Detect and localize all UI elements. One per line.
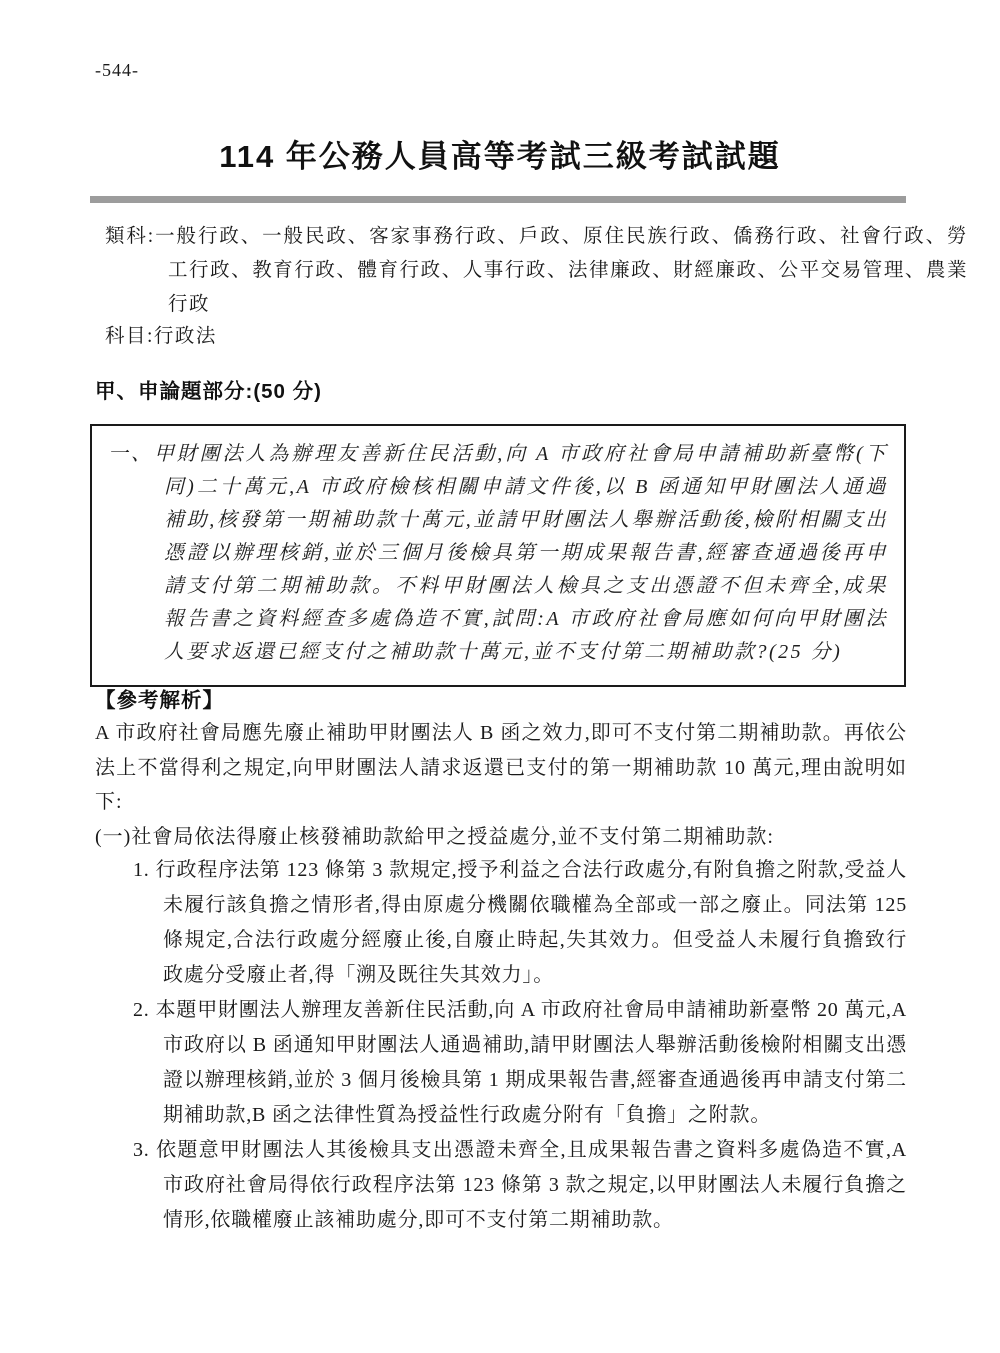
analysis-item-list: 1.行政程序法第 123 條第 3 款規定,授予利益之合法行政處分,有附負擔之附… bbox=[133, 853, 907, 1238]
analysis-item-3: 3.依題意甲財團法人其後檢具支出憑證未齊全,且成果報告書之資料多處偽造不實,A … bbox=[133, 1133, 907, 1238]
analysis-item-2-number: 2. bbox=[133, 999, 156, 1021]
analysis-item-2: 2.本題甲財團法人辦理友善新住民活動,向 A 市政府社會局申請補助新臺幣 20 … bbox=[133, 993, 907, 1133]
question-box: 一、甲財團法人為辦理友善新住民活動,向 A 市政府社會局申請補助新臺幣(下同)二… bbox=[90, 424, 906, 687]
subject-label: 科目: bbox=[105, 326, 154, 347]
title-divider-rule bbox=[90, 196, 906, 203]
essay-section-heading: 甲、申論題部分:(50 分) bbox=[95, 374, 322, 404]
category-list: 一般行政、一般民政、客家事務行政、戶政、原住民族行政、僑務行政、社會行政、勞工行… bbox=[155, 226, 968, 315]
analysis-item-3-text: 依題意甲財團法人其後檢具支出憑證未齊全,且成果報告書之資料多處偽造不實,A 市政… bbox=[156, 1139, 907, 1231]
page-number: -544- bbox=[95, 60, 139, 81]
subject-line: 科目:行政法 bbox=[105, 322, 217, 352]
exam-document-page: -544- 114 年公務人員高等考試三級考試試題 類科:一般行政、一般民政、客… bbox=[0, 0, 1000, 1353]
analysis-item-1-number: 1. bbox=[133, 859, 156, 881]
question-1-text: 甲財團法人為辦理友善新住民活動,向 A 市政府社會局申請補助新臺幣(下同)二十萬… bbox=[154, 443, 888, 663]
analysis-item-1: 1.行政程序法第 123 條第 3 款規定,授予利益之合法行政處分,有附負擔之附… bbox=[133, 853, 907, 993]
analysis-subheading: (一)社會局依法得廢止核發補助款給甲之授益處分,並不支付第二期補助款: bbox=[95, 820, 907, 854]
analysis-item-2-text: 本題甲財團法人辦理友善新住民活動,向 A 市政府社會局申請補助新臺幣 20 萬元… bbox=[156, 999, 907, 1126]
analysis-item-3-number: 3. bbox=[133, 1139, 156, 1161]
analysis-intro-paragraph: A 市政府社會局應先廢止補助甲財團法人 B 函之效力,即可不支付第二期補助款。再… bbox=[95, 716, 907, 820]
exam-title: 114 年公務人員高等考試三級考試試題 bbox=[0, 131, 1000, 176]
subject-value: 行政法 bbox=[154, 326, 217, 347]
category-line: 類科:一般行政、一般民政、客家事務行政、戶政、原住民族行政、僑務行政、社會行政、… bbox=[105, 220, 968, 322]
analysis-item-1-text: 行政程序法第 123 條第 3 款規定,授予利益之合法行政處分,有附負擔之附款,… bbox=[156, 859, 907, 986]
category-label: 類科: bbox=[105, 226, 155, 247]
question-1-number: 一、 bbox=[108, 443, 154, 465]
analysis-heading: 【參考解析】 bbox=[95, 683, 224, 713]
question-1: 一、甲財團法人為辦理友善新住民活動,向 A 市政府社會局申請補助新臺幣(下同)二… bbox=[108, 438, 888, 669]
